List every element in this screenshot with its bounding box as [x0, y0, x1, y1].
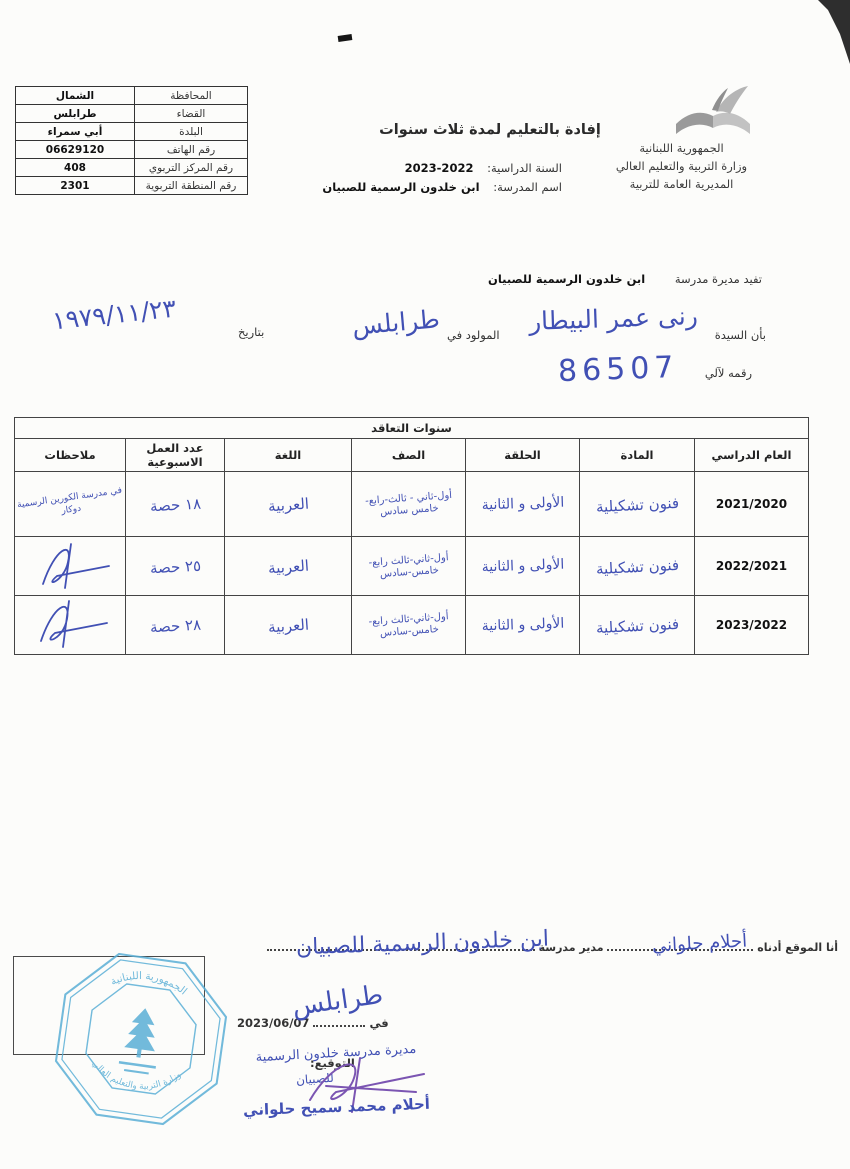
certify-label: تفيد مديرة مدرسة — [675, 272, 762, 286]
col-header-language: اللغة — [225, 439, 352, 472]
cell-year: 2022/2021 — [695, 537, 809, 596]
dotted-field-school: ابن خلدون الرسمية للصبيان — [267, 949, 535, 951]
table-row: رقم المركز التربوي 408 — [16, 159, 248, 177]
signature-scribble — [25, 597, 115, 649]
stamp-top-text: الجمهورية اللبنانية — [107, 965, 191, 998]
ministry-line-directorate: المديرية العامة للتربية — [579, 176, 784, 194]
table-row: القضاء طرابلس — [16, 105, 248, 123]
registry-number-handwritten: 86507 — [557, 350, 679, 389]
dotted-field-name: أحلام حلواني — [607, 949, 753, 951]
cell-cycle-handwritten: الأولى و الثانية — [464, 470, 580, 539]
undersigned-line: أنا الموقع أدناه أحلام حلواني مدير مدرسة… — [267, 941, 838, 954]
table-row: رقم الهاتف 06629120 — [16, 141, 248, 159]
cell-notes-scribble — [15, 537, 126, 596]
teacher-name-handwritten: رنى عمر البيطار — [529, 301, 699, 336]
cell-class-handwritten: أول-ثاني-ثالث رابع-خامس-سادس — [350, 533, 468, 600]
info-value: أبي سمراء — [16, 123, 135, 141]
scan-dash-artifact — [338, 34, 353, 42]
cell-subject-handwritten: فنون تشكيلية — [578, 534, 696, 599]
scan-corner-artifact — [810, 0, 850, 70]
cell-notes-scribble — [15, 596, 126, 655]
table-header-row: العام الدراسي المادة الحلقة الصف اللغة ع… — [15, 439, 809, 472]
cedar-tree-icon — [123, 1006, 161, 1059]
cell-subject-handwritten: فنون تشكيلية — [578, 469, 696, 540]
table-row: المحافظة الشمال — [16, 87, 248, 105]
birthdate-label: بتاريخ — [238, 325, 264, 339]
info-value: 2301 — [16, 177, 135, 195]
signature-scribble — [25, 538, 115, 590]
cell-year: 2023/2022 — [695, 596, 809, 655]
ministry-book-logo — [668, 84, 760, 142]
madam-label: بأن السيدة — [715, 328, 766, 342]
school-name-label: اسم المدرسة: — [493, 180, 562, 194]
location-info-table: المحافظة الشمال القضاء طرابلس البلدة أبي… — [15, 86, 248, 195]
school-name-line: اسم المدرسة: ابن خلدون الرسمية للصبيان — [322, 180, 562, 194]
cell-subject-handwritten: فنون تشكيلية — [578, 593, 696, 658]
col-header-year: العام الدراسي — [695, 439, 809, 472]
cell-notes-handwritten: في مدرسة الكورين الرسمية دوكار — [11, 464, 130, 544]
col-header-cycle: الحلقة — [466, 439, 580, 472]
page-title: إفادة بالتعليم لمدة ثلاث سنوات — [325, 122, 655, 138]
stamp-detail-line — [119, 1061, 156, 1069]
cell-language-handwritten: العربية — [223, 591, 354, 659]
official-octagon-stamp: الجمهورية اللبنانية وزارة التربية والتعل… — [36, 934, 246, 1144]
cell-cycle-handwritten: الأولى و الثانية — [465, 535, 581, 598]
certify-line: تفيد مديرة مدرسة ابن خلدون الرسمية للصبي… — [488, 272, 762, 286]
school-name-value: ابن خلدون الرسمية للصبيان — [322, 180, 479, 194]
info-label: المحافظة — [135, 87, 248, 105]
undersigned-name-handwritten: أحلام حلواني — [652, 931, 748, 957]
cell-hours-handwritten: ٢٥ حصة — [124, 534, 226, 598]
cell-year: 2021/2020 — [695, 472, 809, 537]
cell-language-handwritten: العربية — [223, 532, 354, 600]
school-year-line: السنة الدراسية: 2023-2022 — [405, 161, 562, 175]
cell-class-handwritten: أول-ثاني - ثالث-رابع-خامس سادس — [349, 468, 467, 541]
certify-school-name: ابن خلدون الرسمية للصبيان — [488, 272, 645, 286]
cell-hours-handwritten: ١٨ حصة — [124, 469, 226, 539]
info-value: طرابلس — [16, 105, 135, 123]
info-label: رقم المركز التربوي — [135, 159, 248, 177]
birthdate-handwritten: ١٩٧٩/١١/٢٣ — [51, 294, 178, 336]
table-row: 2022/2021 فنون تشكيلية الأولى و الثانية … — [15, 537, 809, 596]
table-row: 2023/2022 فنون تشكيلية الأولى و الثانية … — [15, 596, 809, 655]
school-year-label: السنة الدراسية: — [487, 161, 562, 175]
svg-text:الجمهورية اللبنانية: الجمهورية اللبنانية — [107, 965, 191, 998]
registry-number-label: رقمه لآلي — [705, 366, 752, 380]
info-label: البلدة — [135, 123, 248, 141]
col-header-subject: المادة — [580, 439, 695, 472]
school-year-value: 2023-2022 — [405, 161, 474, 175]
cell-language-handwritten: العربية — [222, 467, 353, 541]
info-label: رقم المنطقة التربوية — [135, 177, 248, 195]
contract-table-title: سنوات التعاقد — [15, 418, 809, 439]
table-row: رقم المنطقة التربوية 2301 — [16, 177, 248, 195]
info-label: القضاء — [135, 105, 248, 123]
table-row: البلدة أبي سمراء — [16, 123, 248, 141]
info-value: 06629120 — [16, 141, 135, 159]
cell-cycle-handwritten: الأولى و الثانية — [465, 594, 581, 657]
ministry-line-ministry: وزارة التربية والتعليم العالي — [579, 158, 784, 176]
in-label: في — [369, 1016, 388, 1030]
info-value: الشمال — [16, 87, 135, 105]
document-page: الجمهورية اللبنانية وزارة التربية والتعل… — [0, 0, 850, 1169]
info-value: 408 — [16, 159, 135, 177]
cell-class-handwritten: أول-ثاني-ثالث رابع-خامس-سادس — [350, 592, 468, 659]
table-row: 2021/2020 فنون تشكيلية الأولى و الثانية … — [15, 472, 809, 537]
contract-years-table: سنوات التعاقد العام الدراسي المادة الحلق… — [14, 417, 809, 655]
cell-hours-handwritten: ٢٨ حصة — [124, 593, 226, 657]
ministry-line-republic: الجمهورية اللبنانية — [579, 140, 784, 158]
dotted-field-city — [313, 1025, 365, 1027]
ministry-header: الجمهورية اللبنانية وزارة التربية والتعل… — [579, 140, 784, 193]
born-label: المولود في — [447, 328, 500, 342]
col-header-hours: عدد العمل الاسبوعية — [126, 439, 225, 472]
birthplace-handwritten: طرابلس — [351, 304, 441, 341]
table-title-row: سنوات التعاقد — [15, 418, 809, 439]
director-school-handwritten: ابن خلدون الرسمية للصبيان — [295, 927, 549, 961]
undersigned-label: أنا الموقع أدناه — [757, 941, 838, 954]
info-label: رقم الهاتف — [135, 141, 248, 159]
col-header-class: الصف — [352, 439, 466, 472]
stamp-detail-line — [124, 1069, 149, 1074]
